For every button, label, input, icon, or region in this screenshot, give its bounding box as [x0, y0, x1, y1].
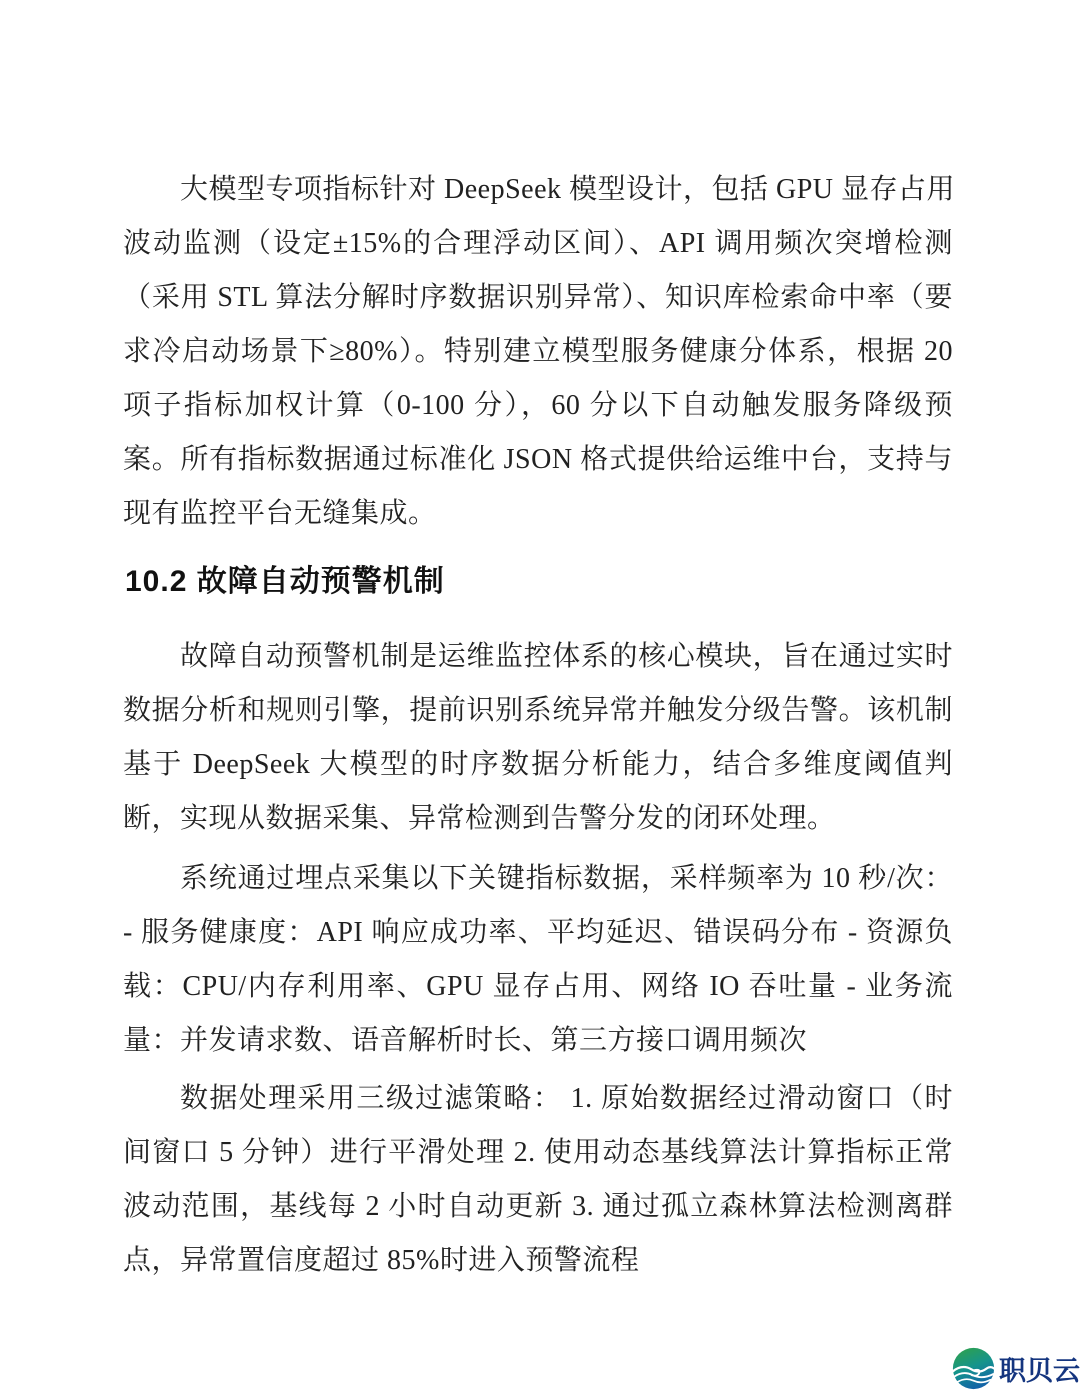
text-line: 项子指标加权计算（0-100 分），60 分以下自动触发服务降级预	[123, 379, 953, 433]
paragraph-model-metrics: 大模型专项指标针对 DeepSeek 模型设计，包括 GPU 显存占用 波动监测…	[123, 163, 953, 541]
paragraph-collected-metrics: 系统通过埋点采集以下关键指标数据，采样频率为 10 秒/次： - 服务健康度：A…	[123, 852, 953, 1068]
text-line: 求冷启动场景下≥80%）。特别建立模型服务健康分体系，根据 20	[123, 325, 953, 379]
text-line: 系统通过埋点采集以下关键指标数据，采样频率为 10 秒/次：	[123, 852, 953, 906]
text-line: - 服务健康度：API 响应成功率、平均延迟、错误码分布 - 资源负	[123, 906, 953, 960]
text-line: 大模型专项指标针对 DeepSeek 模型设计，包括 GPU 显存占用	[123, 163, 953, 217]
text-line: 数据分析和规则引擎，提前识别系统异常并触发分级告警。该机制	[123, 684, 953, 738]
text-line: 数据处理采用三级过滤策略： 1. 原始数据经过滑动窗口（时	[123, 1072, 953, 1126]
section-heading-10-2: 10.2 故障自动预警机制	[125, 561, 445, 603]
text-line: 断，实现从数据采集、异常检测到告警分发的闭环处理。	[123, 792, 953, 846]
text-line: 点，异常置信度超过 85%时进入预警流程	[123, 1234, 953, 1288]
text-line: 故障自动预警机制是运维监控体系的核心模块，旨在通过实时	[123, 630, 953, 684]
text-line: 波动范围，基线每 2 小时自动更新 3. 通过孤立森林算法检测离群	[123, 1180, 953, 1234]
text-line: 现有监控平台无缝集成。	[123, 487, 953, 541]
brand-name: 职贝云数	[999, 1349, 1080, 1388]
text-line: 间窗口 5 分钟）进行平滑处理 2. 使用动态基线算法计算指标正常	[123, 1126, 953, 1180]
paragraph-filter-strategy: 数据处理采用三级过滤策略： 1. 原始数据经过滑动窗口（时 间窗口 5 分钟）进…	[123, 1072, 953, 1288]
text-line: 量：并发请求数、语音解析时长、第三方接口调用频次	[123, 1014, 953, 1068]
brand-logo-icon	[951, 1346, 996, 1391]
text-line: 载：CPU/内存利用率、GPU 显存占用、网络 IO 吞吐量 - 业务流	[123, 960, 953, 1014]
brand-footer: 职贝云数	[951, 1346, 1080, 1391]
text-line: （采用 STL 算法分解时序数据识别异常）、知识库检索命中率（要	[123, 271, 953, 325]
paragraph-alert-overview: 故障自动预警机制是运维监控体系的核心模块，旨在通过实时 数据分析和规则引擎，提前…	[123, 630, 953, 846]
text-line: 基于 DeepSeek 大模型的时序数据分析能力，结合多维度阈值判	[123, 738, 953, 792]
text-line: 波动监测（设定±15%的合理浮动区间）、API 调用频次突增检测	[123, 217, 953, 271]
text-line: 案。所有指标数据通过标准化 JSON 格式提供给运维中台，支持与	[123, 433, 953, 487]
